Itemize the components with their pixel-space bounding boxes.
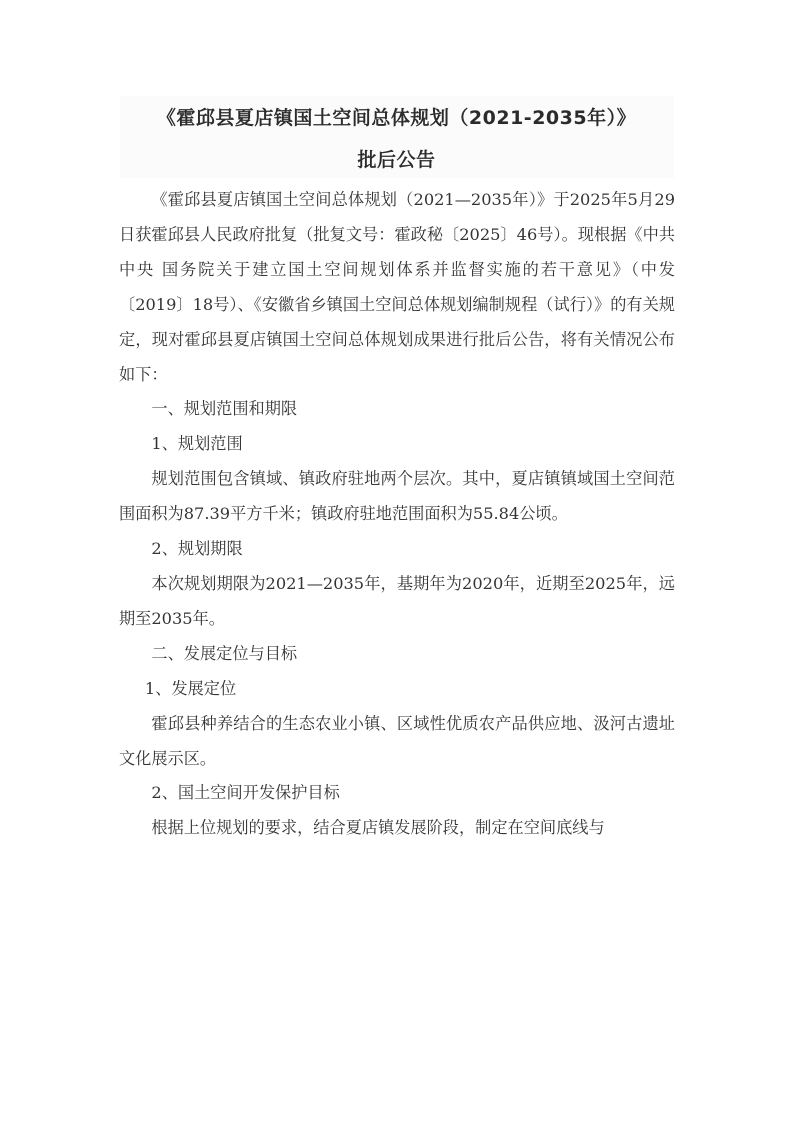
period-paragraph: 本次规划期限为2021—2035年，基期年为2020年，近期至2025年，远期至… [119,567,675,637]
subsection-heading-period: 2、规划期限 [119,532,675,567]
section-heading-positioning-goals: 二、发展定位与目标 [119,637,675,672]
section-heading-scope-period: 一、规划范围和期限 [119,392,675,427]
goals-paragraph: 根据上位规划的要求，结合夏店镇发展阶段，制定在空间底线与 [119,811,675,846]
positioning-paragraph: 霍邱县种养结合的生态农业小镇、区域性优质农产品供应地、汲河古遗址文化展示区。 [119,707,675,777]
document-body: 《霍邱县夏店镇国土空间总体规划（2021—2035年）》于2025年5月29日获… [119,183,675,846]
document-title: 《霍邱县夏店镇国土空间总体规划（2021-2035年）》 [0,103,793,130]
subsection-heading-scope: 1、规划范围 [119,427,675,462]
scope-paragraph: 规划范围包含镇域、镇政府驻地两个层次。其中，夏店镇镇域国土空间范围面积为87.3… [119,462,675,532]
subsection-heading-positioning: 1、发展定位 [119,672,675,707]
intro-paragraph: 《霍邱县夏店镇国土空间总体规划（2021—2035年）》于2025年5月29日获… [119,183,675,392]
document-subtitle: 批后公告 [0,145,793,172]
subsection-heading-goals: 2、国土空间开发保护目标 [119,776,675,811]
document-page: 《霍邱县夏店镇国土空间总体规划（2021-2035年）》 批后公告 《霍邱县夏店… [0,0,793,1122]
